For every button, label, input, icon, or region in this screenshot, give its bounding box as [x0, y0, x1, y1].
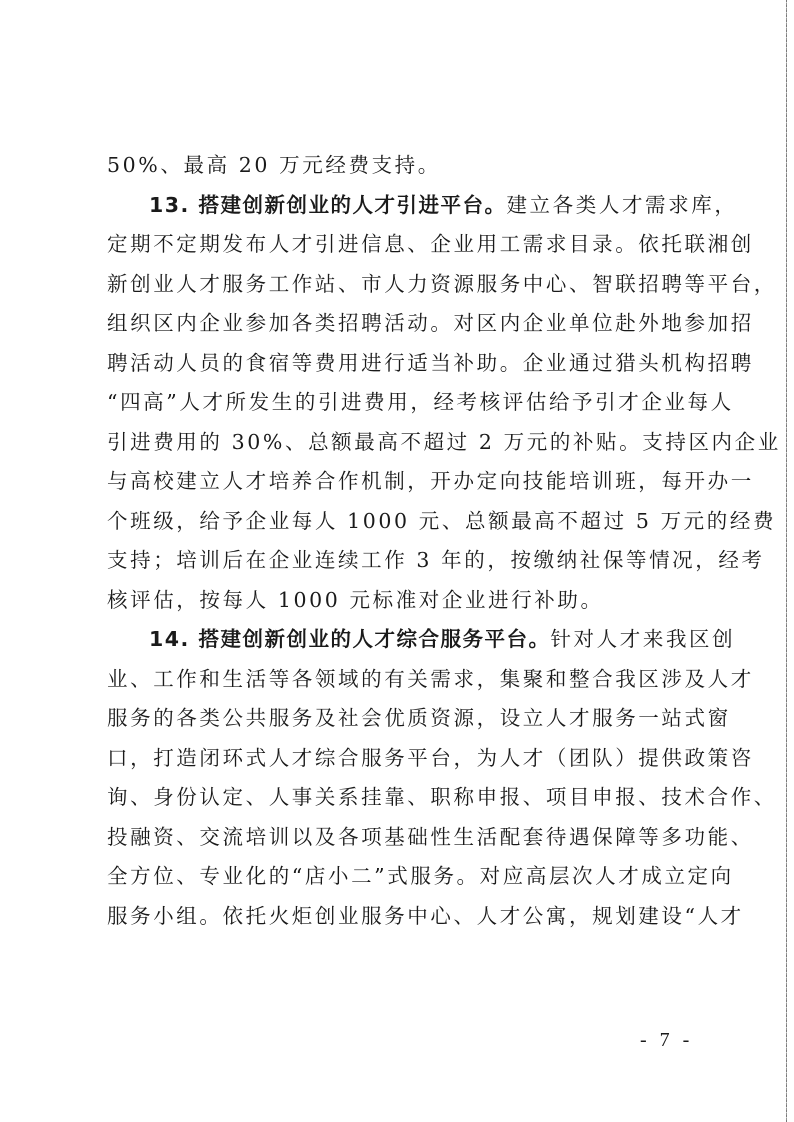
- line-text: 建立各类人才需求库，: [506, 193, 737, 217]
- paragraph-13-line: 与高校建立人才培养合作机制，开办定向技能培训班，每开办一: [107, 462, 695, 502]
- paragraph-13-line: 支持；培训后在企业连续工作 3 年的，按缴纳社保等情况，经考: [107, 541, 695, 581]
- line-text: 组织区内企业参加各类招聘活动。对区内企业单位赴外地参加招: [107, 311, 754, 335]
- paragraph-13-line: 定期不定期发布人才引进信息、企业用工需求目录。依托联湘创: [107, 225, 695, 265]
- paragraph-14-line: 口，打造闭环式人才综合服务平台，为人才（团队）提供政策咨: [107, 739, 695, 779]
- line-text: 与高校建立人才培养合作机制，开办定向技能培训班，每开办一: [107, 469, 754, 493]
- line-text: 定期不定期发布人才引进信息、企业用工需求目录。依托联湘创: [107, 232, 754, 256]
- line-text: 支持；培训后在企业连续工作 3 年的，按缴纳社保等情况，经考: [107, 548, 765, 572]
- paragraph-14-line: 服务的各类公共服务及社会优质资源，设立人才服务一站式窗: [107, 699, 695, 739]
- page-number: - 7 -: [640, 1029, 693, 1052]
- scan-edge-line: [786, 0, 787, 1122]
- line-text: 个班级，给予企业每人 1000 元、总额最高不超过 5 万元的经费: [107, 509, 776, 533]
- paragraph-13-line: 组织区内企业参加各类招聘活动。对区内企业单位赴外地参加招: [107, 304, 695, 344]
- line-text: 全方位、专业化的“店小二”式服务。对应高层次人才成立定向: [107, 864, 734, 888]
- paragraph-14-line: 服务小组。依托火炬创业服务中心、人才公寓，规划建设“人才: [107, 897, 695, 937]
- document-body: 50%、最高 20 万元经费支持。 13. 搭建创新创业的人才引进平台。建立各类…: [107, 146, 695, 936]
- line-text: 核评估，按每人 1000 元标准对企业进行补助。: [107, 588, 604, 612]
- paragraph-14-heading-line: 14. 搭建创新创业的人才综合服务平台。针对人才来我区创: [107, 620, 695, 660]
- line-text: 引进费用的 30%、总额最高不超过 2 万元的补贴。支持区内企业: [107, 430, 781, 454]
- paragraph-13-line: 核评估，按每人 1000 元标准对企业进行补助。: [107, 581, 695, 621]
- line-text: 新创业人才服务工作站、市人力资源服务中心、智联招聘等平台，: [107, 272, 777, 296]
- paragraph-13-line: “四高”人才所发生的引进费用，经考核评估给予引才企业每人: [107, 383, 695, 423]
- paragraph-13-line: 聘活动人员的食宿等费用进行适当补助。企业通过猎头机构招聘: [107, 344, 695, 384]
- document-page: 50%、最高 20 万元经费支持。 13. 搭建创新创业的人才引进平台。建立各类…: [0, 0, 794, 1122]
- paragraph-continuation-line: 50%、最高 20 万元经费支持。: [107, 146, 695, 186]
- paragraph-14-line: 业、工作和生活等各领域的有关需求，集聚和整合我区涉及人才: [107, 660, 695, 700]
- paragraph-14-line: 投融资、交流培训以及各项基础性生活配套待遇保障等多功能、: [107, 818, 695, 858]
- line-text: 口，打造闭环式人才综合服务平台，为人才（团队）提供政策咨: [107, 746, 754, 770]
- line-text: 服务的各类公共服务及社会优质资源，设立人才服务一站式窗: [107, 706, 731, 730]
- line-text: 询、身份认定、人事关系挂靠、职称申报、项目申报、技术合作、: [107, 785, 777, 809]
- line-text: 投融资、交流培训以及各项基础性生活配套待遇保障等多功能、: [107, 825, 754, 849]
- paragraph-14-line: 询、身份认定、人事关系挂靠、职称申报、项目申报、技术合作、: [107, 778, 695, 818]
- paragraph-13-heading-line: 13. 搭建创新创业的人才引进平台。建立各类人才需求库，: [107, 186, 695, 226]
- paragraph-13-line: 新创业人才服务工作站、市人力资源服务中心、智联招聘等平台，: [107, 265, 695, 305]
- paragraph-14-line: 全方位、专业化的“店小二”式服务。对应高层次人才成立定向: [107, 857, 695, 897]
- line-text: 50%、最高 20 万元经费支持。: [107, 153, 441, 177]
- line-text: 服务小组。依托火炬创业服务中心、人才公寓，规划建设“人才: [107, 904, 744, 928]
- section-heading-14: 14. 搭建创新创业的人才综合服务平台。: [149, 627, 550, 651]
- line-text: 针对人才来我区创: [550, 627, 735, 651]
- paragraph-13-line: 引进费用的 30%、总额最高不超过 2 万元的补贴。支持区内企业: [107, 423, 695, 463]
- line-text: 业、工作和生活等各领域的有关需求，集聚和整合我区涉及人才: [107, 667, 754, 691]
- section-heading-13: 13. 搭建创新创业的人才引进平台。: [149, 193, 506, 217]
- line-text: “四高”人才所发生的引进费用，经考核评估给予引才企业每人: [107, 390, 734, 414]
- line-text: 聘活动人员的食宿等费用进行适当补助。企业通过猎头机构招聘: [107, 351, 754, 375]
- paragraph-13-line: 个班级，给予企业每人 1000 元、总额最高不超过 5 万元的经费: [107, 502, 695, 542]
